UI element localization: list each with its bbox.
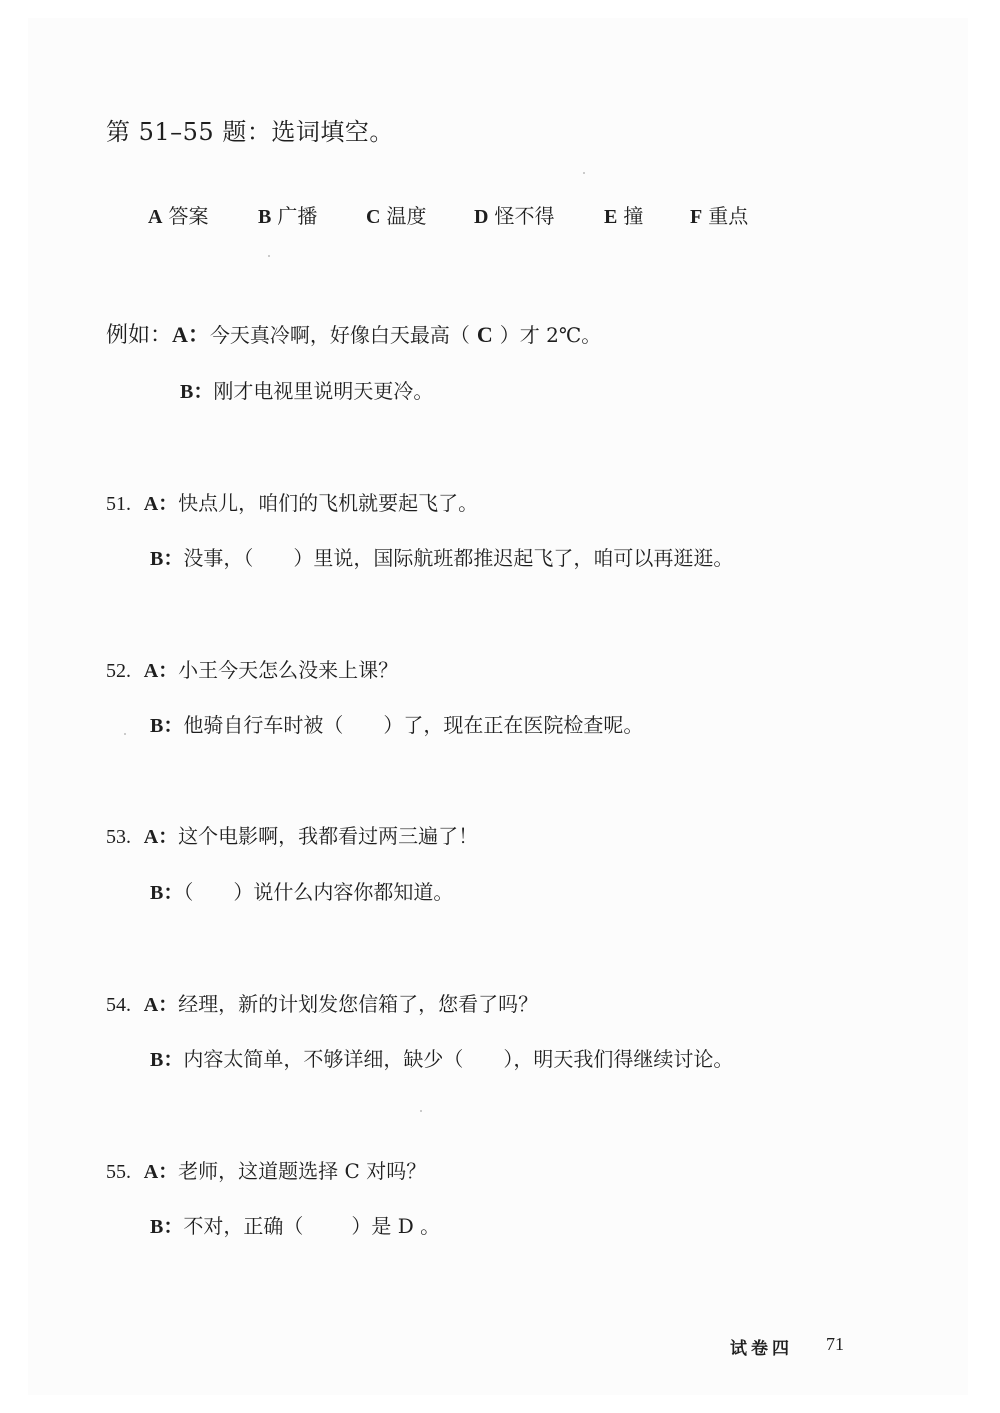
question-53-a: 53. A：这个电影啊，我都看过两三遍了！ bbox=[106, 820, 478, 849]
scan-speck bbox=[124, 733, 126, 735]
example-line-a: 例如：A：今天真冷啊，好像白天最高（ C ）才 2℃。 bbox=[106, 318, 601, 349]
option-c: C温度 bbox=[366, 200, 426, 229]
question-52-a: 52. A：小王今天怎么没来上课？ bbox=[106, 654, 398, 683]
scan-speck bbox=[420, 1110, 422, 1112]
option-b: B广播 bbox=[258, 200, 317, 229]
question-55-b: B：不对，正确（）是 D 。 bbox=[150, 1210, 440, 1239]
option-a: A答案 bbox=[148, 200, 208, 229]
question-54-b: B：内容太简单，不够详细，缺少（），明天我们得继续讨论。 bbox=[150, 1043, 733, 1072]
question-54-a: 54. A：经理，新的计划发您信箱了，您看了吗？ bbox=[106, 988, 538, 1017]
example-prefix: 例如： bbox=[106, 323, 172, 348]
question-53-b: B：（）说什么内容你都知道。 bbox=[150, 876, 453, 905]
page-number: 71 bbox=[826, 1334, 844, 1355]
example-answer: C bbox=[477, 322, 493, 347]
option-e: E撞 bbox=[604, 200, 643, 229]
scan-speck bbox=[583, 172, 585, 174]
question-51-a: 51. A：快点儿，咱们的飞机就要起飞了。 bbox=[106, 487, 478, 516]
scan-speck bbox=[268, 255, 270, 257]
option-f: F重点 bbox=[690, 200, 748, 229]
question-51-b: B：没事，（）里说，国际航班都推迟起飞了，咱可以再逛逛。 bbox=[150, 542, 733, 571]
paper-label: 试卷四 bbox=[730, 1334, 793, 1359]
option-d: D怪不得 bbox=[474, 200, 554, 229]
question-52-b: B：他骑自行车时被（）了，现在正在医院检查呢。 bbox=[150, 709, 643, 738]
section-title: 第 51–55 题：选词填空。 bbox=[106, 112, 394, 147]
question-55-a: 55. A：老师，这道题选择 C 对吗？ bbox=[106, 1155, 426, 1184]
example-line-b: B：刚才电视里说明天更冷。 bbox=[180, 375, 433, 404]
